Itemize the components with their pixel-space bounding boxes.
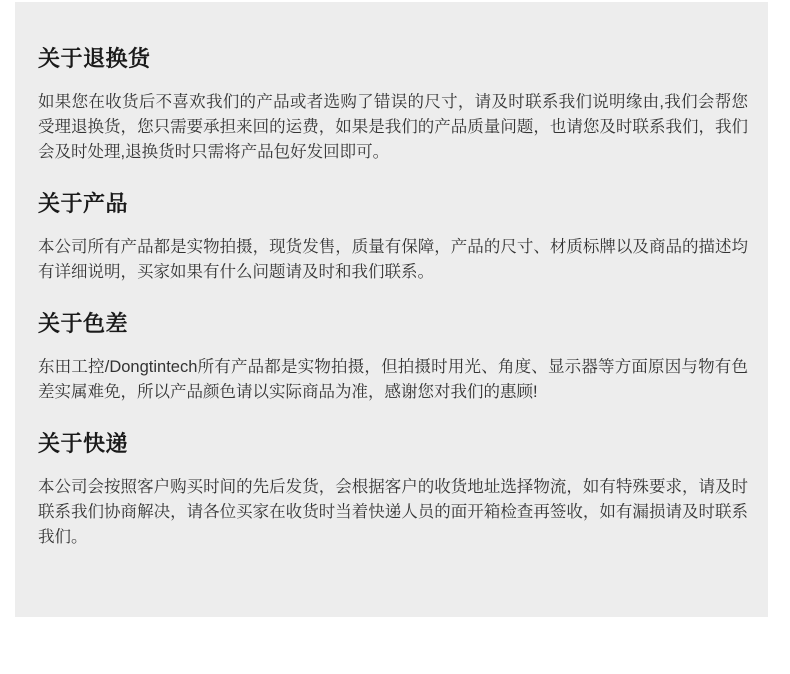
returns-paragraph: 如果您在收货后不喜欢我们的产品或者选购了错误的尺寸，请及时联系我们说明缘由,我们…	[38, 90, 748, 165]
product-heading: 关于产品	[38, 189, 748, 219]
section-returns: 关于退换货 如果您在收货后不喜欢我们的产品或者选购了错误的尺寸，请及时联系我们说…	[38, 44, 748, 165]
returns-heading: 关于退换货	[38, 44, 748, 74]
store-policy-panel: 关于退换货 如果您在收货后不喜欢我们的产品或者选购了错误的尺寸，请及时联系我们说…	[15, 2, 768, 617]
color-difference-heading: 关于色差	[38, 309, 748, 339]
product-paragraph: 本公司所有产品都是实物拍摄，现货发售，质量有保障，产品的尺寸、材质标牌以及商品的…	[38, 235, 748, 285]
section-shipping: 关于快递 本公司会按照客户购买时间的先后发货，会根据客户的收货地址选择物流，如有…	[38, 429, 748, 550]
section-color-difference: 关于色差 东田工控/Dongtintech所有产品都是实物拍摄，但拍摄时用光、角…	[38, 309, 748, 405]
shipping-heading: 关于快递	[38, 429, 748, 459]
shipping-paragraph: 本公司会按照客户购买时间的先后发货，会根据客户的收货地址选择物流，如有特殊要求，…	[38, 475, 748, 550]
color-difference-paragraph: 东田工控/Dongtintech所有产品都是实物拍摄，但拍摄时用光、角度、显示器…	[38, 355, 748, 405]
section-product: 关于产品 本公司所有产品都是实物拍摄，现货发售，质量有保障，产品的尺寸、材质标牌…	[38, 189, 748, 285]
